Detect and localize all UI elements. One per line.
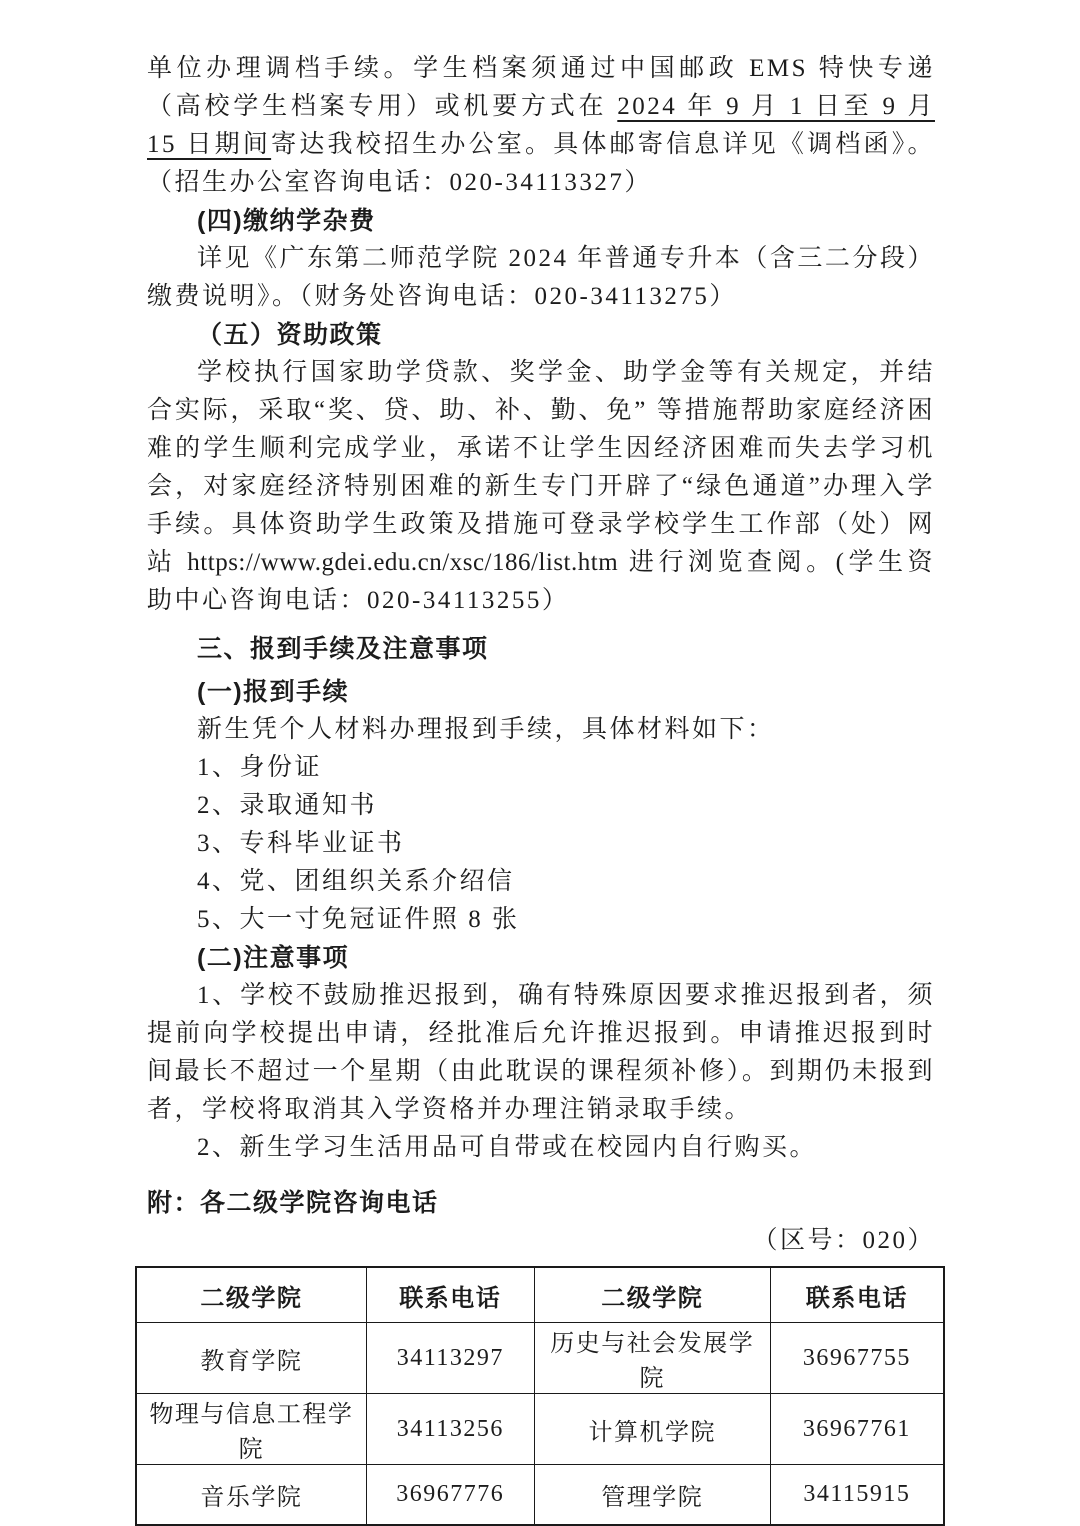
- aid-policy-text-before: 学校执行国家助学贷款、奖学金、助学金等有关规定，并结合实际，采取“奖、贷、助、补…: [147, 359, 935, 576]
- paragraph-fees: 详见《广东第二师范学院 2024 年普通专升本（含三二分段）缴费说明》。（财务处…: [147, 240, 935, 316]
- table-cell-phone: 36967776: [366, 1465, 534, 1526]
- paragraph-note-2: 2、新生学习生活用品可自带或在校园内自行购买。: [147, 1129, 935, 1167]
- paragraph-note-1: 1、学校不鼓励推迟报到，确有特殊原因要求推迟报到者，须提前向学校提出申请，经批准…: [147, 977, 935, 1129]
- table-row: 音乐学院 36967776 管理学院 34115915: [136, 1465, 944, 1526]
- table-row: 教育学院 34113297 历史与社会发展学院 36967755: [136, 1323, 944, 1394]
- heading-section5-aid-policy: （五）资助政策: [147, 316, 935, 354]
- heading-section4-fees: (四)缴纳学杂费: [147, 202, 935, 240]
- list-item-material-3: 3、专科毕业证书: [147, 825, 935, 863]
- table-cell-phone: 36967755: [770, 1323, 944, 1394]
- table-cell-college: 音乐学院: [136, 1465, 366, 1526]
- table-row: 物理与信息工程学院 34113256 计算机学院 36967761: [136, 1394, 944, 1465]
- heading-notes: (二)注意事项: [147, 939, 935, 977]
- table-cell-college: 管理学院: [534, 1465, 770, 1526]
- table-header-row: 二级学院 联系电话 二级学院 联系电话: [136, 1267, 944, 1323]
- heading-attachment: 附：各二级学院咨询电话: [147, 1184, 935, 1222]
- list-item-material-5: 5、大一寸免冠证件照 8 张: [147, 901, 935, 939]
- table-cell-college: 教育学院: [136, 1323, 366, 1394]
- college-contact-table: 二级学院 联系电话 二级学院 联系电话 教育学院 34113297 历史与社会发…: [135, 1266, 945, 1526]
- table-cell-college: 计算机学院: [534, 1394, 770, 1465]
- list-item-material-2: 2、录取通知书: [147, 787, 935, 825]
- table-header-phone-1: 联系电话: [366, 1267, 534, 1323]
- table-header-college-1: 二级学院: [136, 1267, 366, 1323]
- list-item-material-4: 4、党、团组织关系介绍信: [147, 863, 935, 901]
- heading-registration-procedure: (一)报到手续: [147, 673, 935, 711]
- area-code-note: （区号：020）: [147, 1222, 935, 1260]
- table-header-phone-2: 联系电话: [770, 1267, 944, 1323]
- heading-section3-registration: 三、报到手续及注意事项: [147, 630, 935, 668]
- paragraph-aid-policy: 学校执行国家助学贷款、奖学金、助学金等有关规定，并结合实际，采取“奖、贷、助、补…: [147, 354, 935, 620]
- table-cell-phone: 34113297: [366, 1323, 534, 1394]
- table-cell-college: 物理与信息工程学院: [136, 1394, 366, 1465]
- table-cell-college: 历史与社会发展学院: [534, 1323, 770, 1394]
- paragraph-procedure-intro: 新生凭个人材料办理报到手续，具体材料如下：: [147, 711, 935, 749]
- aid-policy-url: https://www.gdei.edu.cn/xsc/186/list.htm: [187, 549, 618, 576]
- table-cell-phone: 36967761: [770, 1394, 944, 1465]
- table-cell-phone: 34113256: [366, 1394, 534, 1465]
- document-page: 单位办理调档手续。学生档案须通过中国邮政 EMS 特快专递（高校学生档案专用）或…: [0, 0, 1080, 1526]
- table-header-college-2: 二级学院: [534, 1267, 770, 1323]
- table-cell-phone: 34115915: [770, 1465, 944, 1526]
- paragraph-archive-transfer: 单位办理调档手续。学生档案须通过中国邮政 EMS 特快专递（高校学生档案专用）或…: [147, 50, 935, 202]
- list-item-material-1: 1、身份证: [147, 749, 935, 787]
